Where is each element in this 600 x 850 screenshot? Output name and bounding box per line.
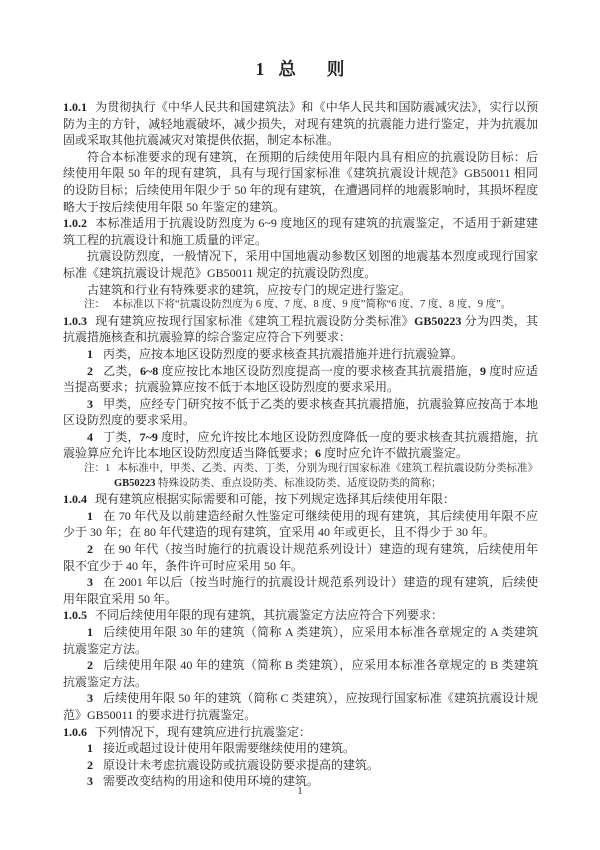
item-text: 后续使用年限 40 年的建筑（简称 B 类建筑），应采用本标准各章规定的 B 类…: [63, 658, 538, 689]
note-label: 注：1: [84, 463, 110, 474]
document-body: 1总则 1.0.1为贯彻执行《中华人民共和国建筑法》和《中华人民共和国防震减灾法…: [63, 56, 538, 790]
list-item: 2在 90 年代（按当时施行的抗震设计规范系列设计）建造的现有建筑，后续使用年限…: [63, 541, 538, 574]
paragraph-text: 抗震设防烈度，一般情况下，采用中国地震动参数区划图的地震基本烈度或现行国家标准《…: [63, 249, 538, 280]
item-number: 1: [87, 625, 93, 639]
paragraph: 符合本标准要求的现有建筑，在预期的后续使用年限内具有相应的抗震设防目标：后续使用…: [63, 149, 538, 215]
clause-text: 为贯彻执行《中华人民共和国建筑法》和《中华人民共和国防震减灾法》，实行以预防为主…: [63, 100, 538, 147]
list-item: 1接近或超过设计使用年限需要继续使用的建筑。: [63, 740, 538, 757]
clause-number: 1.0.6: [63, 725, 87, 739]
item-text: 丁类，: [103, 430, 140, 444]
list-item: 3后续使用年限 50 年的建筑（简称 C 类建筑），应按现行国家标准《建筑抗震设…: [63, 690, 538, 723]
item-text: 乙类，: [103, 364, 140, 378]
clause-text: 不同后续使用年限的现有建筑，其抗震鉴定方法应符合下列要求：: [95, 608, 443, 622]
chapter-title-char1: 总: [278, 59, 297, 79]
item-number: 3: [87, 575, 93, 589]
item-number: 2: [87, 542, 93, 556]
item-number: 1: [87, 741, 93, 755]
intensity-value: 7~9: [140, 430, 158, 444]
clause-1-0-3: 1.0.3现有建筑应按现行国家标准《建筑工程抗震设防分类标准》GB50223 分…: [63, 313, 538, 346]
clause-number: 1.0.5: [63, 608, 87, 622]
clause-1-0-5: 1.0.5不同后续使用年限的现有建筑，其抗震鉴定方法应符合下列要求：: [63, 607, 538, 624]
item-text: 丙类，应按本地区设防烈度的要求核查其抗震措施并进行抗震验算。: [103, 347, 463, 361]
clause-1-0-6: 1.0.6下列情况下，现有建筑应进行抗震鉴定：: [63, 724, 538, 741]
clause-number: 1.0.2: [63, 216, 87, 230]
item-number: 2: [87, 364, 93, 378]
note-text: 本标准中，甲类、乙类、丙类、丁类，分别为现行国家标准《建筑工程抗震设防分类标准》: [117, 463, 538, 474]
item-text: 在 90 年代（按当时施行的抗震设计规范系列设计）建造的现有建筑，后续使用年限不…: [63, 542, 538, 573]
intensity-value: 6~8: [140, 364, 158, 378]
item-text: 度应按比本地区设防烈度提高一度的要求核查其抗震措施，: [158, 364, 480, 378]
clause-text: 现有建筑应根据实际需要和可能，按下列规定选择其后续使用年限：: [95, 492, 455, 506]
list-item: 1在 70 年代及以前建造经耐久性鉴定可继续使用的现有建筑，其后续使用年限不应少…: [63, 508, 538, 541]
list-item: 4丁类，7~9 度时，应允许按比本地区设防烈度降低一度的要求核查其抗震措施，抗震…: [63, 429, 538, 462]
clause-number: 1.0.4: [63, 492, 87, 506]
item-number: 1: [87, 347, 93, 361]
paragraph-text: 古建筑和行业有特殊要求的建筑，应按专门的规定进行鉴定。: [87, 283, 411, 297]
clause-1-0-2: 1.0.2本标准适用于抗震设防烈度为 6~9 度地区的现有建筑的抗震鉴定，不适用…: [63, 215, 538, 248]
clause-text: 现有建筑应按现行国家标准《建筑工程抗震设防分类标准》: [95, 314, 414, 328]
list-item: 3在 2001 年以后（按当时施行的抗震设计规范系列设计）建造的现有建筑，后续使…: [63, 574, 538, 607]
list-item: 3甲类，应经专门研究按不低于乙类的要求核查其抗震措施，抗震验算应按高于本地区设防…: [63, 396, 538, 429]
item-text: 原设计未考虑抗震设防或抗震设防要求提高的建筑。: [103, 758, 379, 772]
item-text: 接近或超过设计使用年限需要继续使用的建筑。: [103, 741, 355, 755]
note-text: 本标准以下将“抗震设防烈度为 6 度、7 度、8 度、9 度”简称“6 度、7 …: [112, 299, 511, 310]
item-number: 2: [87, 758, 93, 772]
list-item: 2原设计未考虑抗震设防或抗震设防要求提高的建筑。: [63, 757, 538, 774]
chapter-title-char2: 则: [327, 59, 346, 79]
list-item: 1后续使用年限 30 年的建筑（简称 A 类建筑），应采用本标准各章规定的 A …: [63, 624, 538, 657]
item-text: 在 70 年代及以前建造经耐久性鉴定可继续使用的现有建筑，其后续使用年限不应少于…: [63, 509, 538, 540]
clause-number: 1.0.1: [63, 100, 87, 114]
paragraph: 抗震设防烈度，一般情况下，采用中国地震动参数区划图的地震基本烈度或现行国家标准《…: [63, 248, 538, 281]
item-text: 度时应允许不做抗震鉴定。: [321, 446, 468, 460]
note-label: 注：: [84, 299, 105, 310]
list-item: 2后续使用年限 40 年的建筑（简称 B 类建筑），应采用本标准各章规定的 B …: [63, 657, 538, 690]
item-number: 2: [87, 658, 93, 672]
standard-code: GB50223: [414, 314, 461, 328]
paragraph-text: 符合本标准要求的现有建筑，在预期的后续使用年限内具有相应的抗震设防目标：后续使用…: [63, 150, 538, 214]
list-item: 2乙类，6~8 度应按比本地区设防烈度提高一度的要求核查其抗震措施，9 度时应适…: [63, 363, 538, 396]
note-text: 特殊设防类、重点设防类、标准设防类、适度设防类的简称；: [155, 478, 441, 489]
clause-text: 本标准适用于抗震设防烈度为 6~9 度地区的现有建筑的抗震鉴定，不适用于新建建筑…: [63, 216, 538, 247]
note: 注：1本标准中，甲类、乙类、丙类、丁类，分别为现行国家标准《建筑工程抗震设防分类…: [63, 462, 538, 491]
standard-code: GB50223: [114, 478, 155, 489]
item-number: 1: [87, 509, 93, 523]
chapter-number: 1: [256, 59, 266, 79]
page-number: 1: [0, 785, 600, 797]
item-number: 3: [87, 691, 93, 705]
clause-number: 1.0.3: [63, 314, 87, 328]
clause-1-0-4: 1.0.4现有建筑应根据实际需要和可能，按下列规定选择其后续使用年限：: [63, 491, 538, 508]
item-text: 甲类，应经专门研究按不低于乙类的要求核查其抗震措施，抗震验算应按高于本地区设防烈…: [63, 397, 538, 428]
clause-text: 下列情况下，现有建筑应进行抗震鉴定：: [95, 725, 311, 739]
clause-1-0-1: 1.0.1为贯彻执行《中华人民共和国建筑法》和《中华人民共和国防震减灾法》，实行…: [63, 99, 538, 149]
list-item: 1丙类，应按本地区设防烈度的要求核查其抗震措施并进行抗震验算。: [63, 346, 538, 363]
item-text: 后续使用年限 30 年的建筑（简称 A 类建筑），应采用本标准各章规定的 A 类…: [63, 625, 538, 656]
item-text: 后续使用年限 50 年的建筑（简称 C 类建筑），应按现行国家标准《建筑抗震设计…: [63, 691, 538, 722]
item-number: 4: [87, 430, 93, 444]
item-text: 在 2001 年以后（按当时施行的抗震设计规范系列设计）建造的现有建筑，后续使用…: [63, 575, 538, 606]
paragraph: 古建筑和行业有特殊要求的建筑，应按专门的规定进行鉴定。: [63, 282, 538, 299]
note: 注：本标准以下将“抗震设防烈度为 6 度、7 度、8 度、9 度”简称“6 度、…: [63, 298, 538, 313]
page-title: 1总则: [63, 56, 538, 81]
document-page: 1总则 1.0.1为贯彻执行《中华人民共和国建筑法》和《中华人民共和国防震减灾法…: [0, 0, 600, 850]
item-number: 3: [87, 397, 93, 411]
